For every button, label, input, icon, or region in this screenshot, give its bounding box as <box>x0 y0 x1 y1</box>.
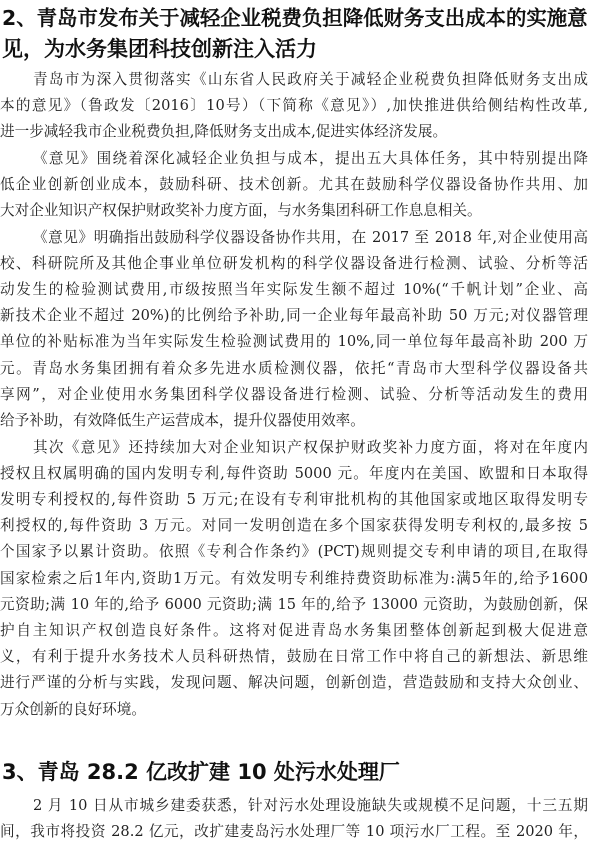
paragraph-line: 校、科研院所及其他企事业单位研发机构的科学仪器设备进行检测、试验、分析等活 <box>0 254 588 274</box>
paragraph-line: 发明专利授权的,每件资助 5 万元;在设有专利审批机构的其他国家或地区取得发明专 <box>0 490 588 510</box>
section-2-heading-line-1: 2、青岛市发布关于减轻企业税费负担降低财务支出成本的实施意 <box>2 3 588 33</box>
paragraph-line: 其次《意见》还持续加大对企业知识产权保护财政奖补力度方面，将对在年度内 <box>33 438 588 458</box>
paragraph-line: 享网”，对企业使用水务集团科学仪器设备进行检测、试验、分析等活动发生的费用 <box>0 385 588 405</box>
paragraph-line: 青岛市为深入贯彻落实《山东省人民政府关于减轻企业税费负担降低财务支出成 <box>33 70 588 90</box>
paragraph-line: 进一步减轻我市企业税费负担,降低财务支出成本,促进实体经济发展。 <box>0 122 588 142</box>
section-2-heading-line-2: 见，为水务集团科技创新注入活力 <box>2 34 588 64</box>
paragraph-line: 本的意见》（鲁政发〔2016〕10号）（下简称《意见》）,加快推进供给侧结构性改… <box>0 96 588 116</box>
paragraph-line: 《意见》围绕着深化减轻企业负担与成本，提出五大具体任务，其中特别提出降 <box>33 149 588 169</box>
paragraph-line: 2 月 10 日从市城乡建委获悉，针对污水处理设施缺失或规模不足问题，十三五期 <box>33 796 588 816</box>
paragraph-line: 万众创新的良好环境。 <box>0 700 588 720</box>
paragraph-line: 新技术企业不超过 20%)的比例给予补助,同一企业每年最高补助 50 万元;对仪… <box>0 306 588 326</box>
section-3-heading: 3、青岛 28.2 亿改扩建 10 处污水处理厂 <box>2 757 588 787</box>
paragraph-line: 间，我市将投资 28.2 亿元，改扩建麦岛污水处理厂等 10 项污水厂工程。至 … <box>0 822 588 842</box>
paragraph-line: 《意见》明确指出鼓励科学仪器设备协作共用，在 2017 至 2018 年,对企业… <box>33 228 588 248</box>
paragraph-line: 动发生的检验测试费用,市级按照当年实际发生额不超过 10%(“千帆计划”企业、高 <box>0 280 588 300</box>
paragraph-line: 低企业创新创业成本，鼓励科研、技术创新。尤其在鼓励科学仪器设备协作共用、加 <box>0 175 588 195</box>
paragraph-line: 单位的补贴标准为当年实际发生检验测试费用的 10%,同一单位每年最高补助 200… <box>0 332 588 352</box>
paragraph-line: 进行严谨的分析与实践，发现问题、解决问题，创新创造，营造鼓励和支持大众创业、 <box>0 673 588 693</box>
paragraph-line: 个国家予以累计资助。依照《专利合作条约》(PCT)规则提交专利申请的项目,在取得 <box>0 542 588 562</box>
paragraph-line: 利授权的,每件资助 3 万元。对同一发明创造在多个国家获得发明专利权的,最多按 … <box>0 516 588 536</box>
paragraph-line: 国家检索之后1年内,资助1万元。有效发明专利维持费资助标准为:满5年的,给予16… <box>0 569 588 589</box>
paragraph-line: 元资助;满 10 年的,给予 6000 元资助;满 15 年的,给予 13000… <box>0 595 588 615</box>
paragraph-line: 元。青岛水务集团拥有着众多先进水质检测仪器，依托“青岛市大型科学仪器设备共 <box>0 359 588 379</box>
paragraph-line: 大对企业知识产权保护财政奖补力度方面，与水务集团科研工作息息相关。 <box>0 201 588 221</box>
paragraph-line: 义，有利于提升水务技术人员科研热情，鼓励在日常工作中将自己的新想法、新思维 <box>0 647 588 667</box>
paragraph-line: 护自主知识产权创造良好条件。这将对促进青岛水务集团整体创新起到极大促进意 <box>0 621 588 641</box>
paragraph-line: 给予补助，有效降低生产运营成本，提升仪器使用效率。 <box>0 411 588 431</box>
paragraph-line: 授权且权属明确的国内发明专利,每件资助 5000 元。年度内在美国、欧盟和日本取… <box>0 464 588 484</box>
